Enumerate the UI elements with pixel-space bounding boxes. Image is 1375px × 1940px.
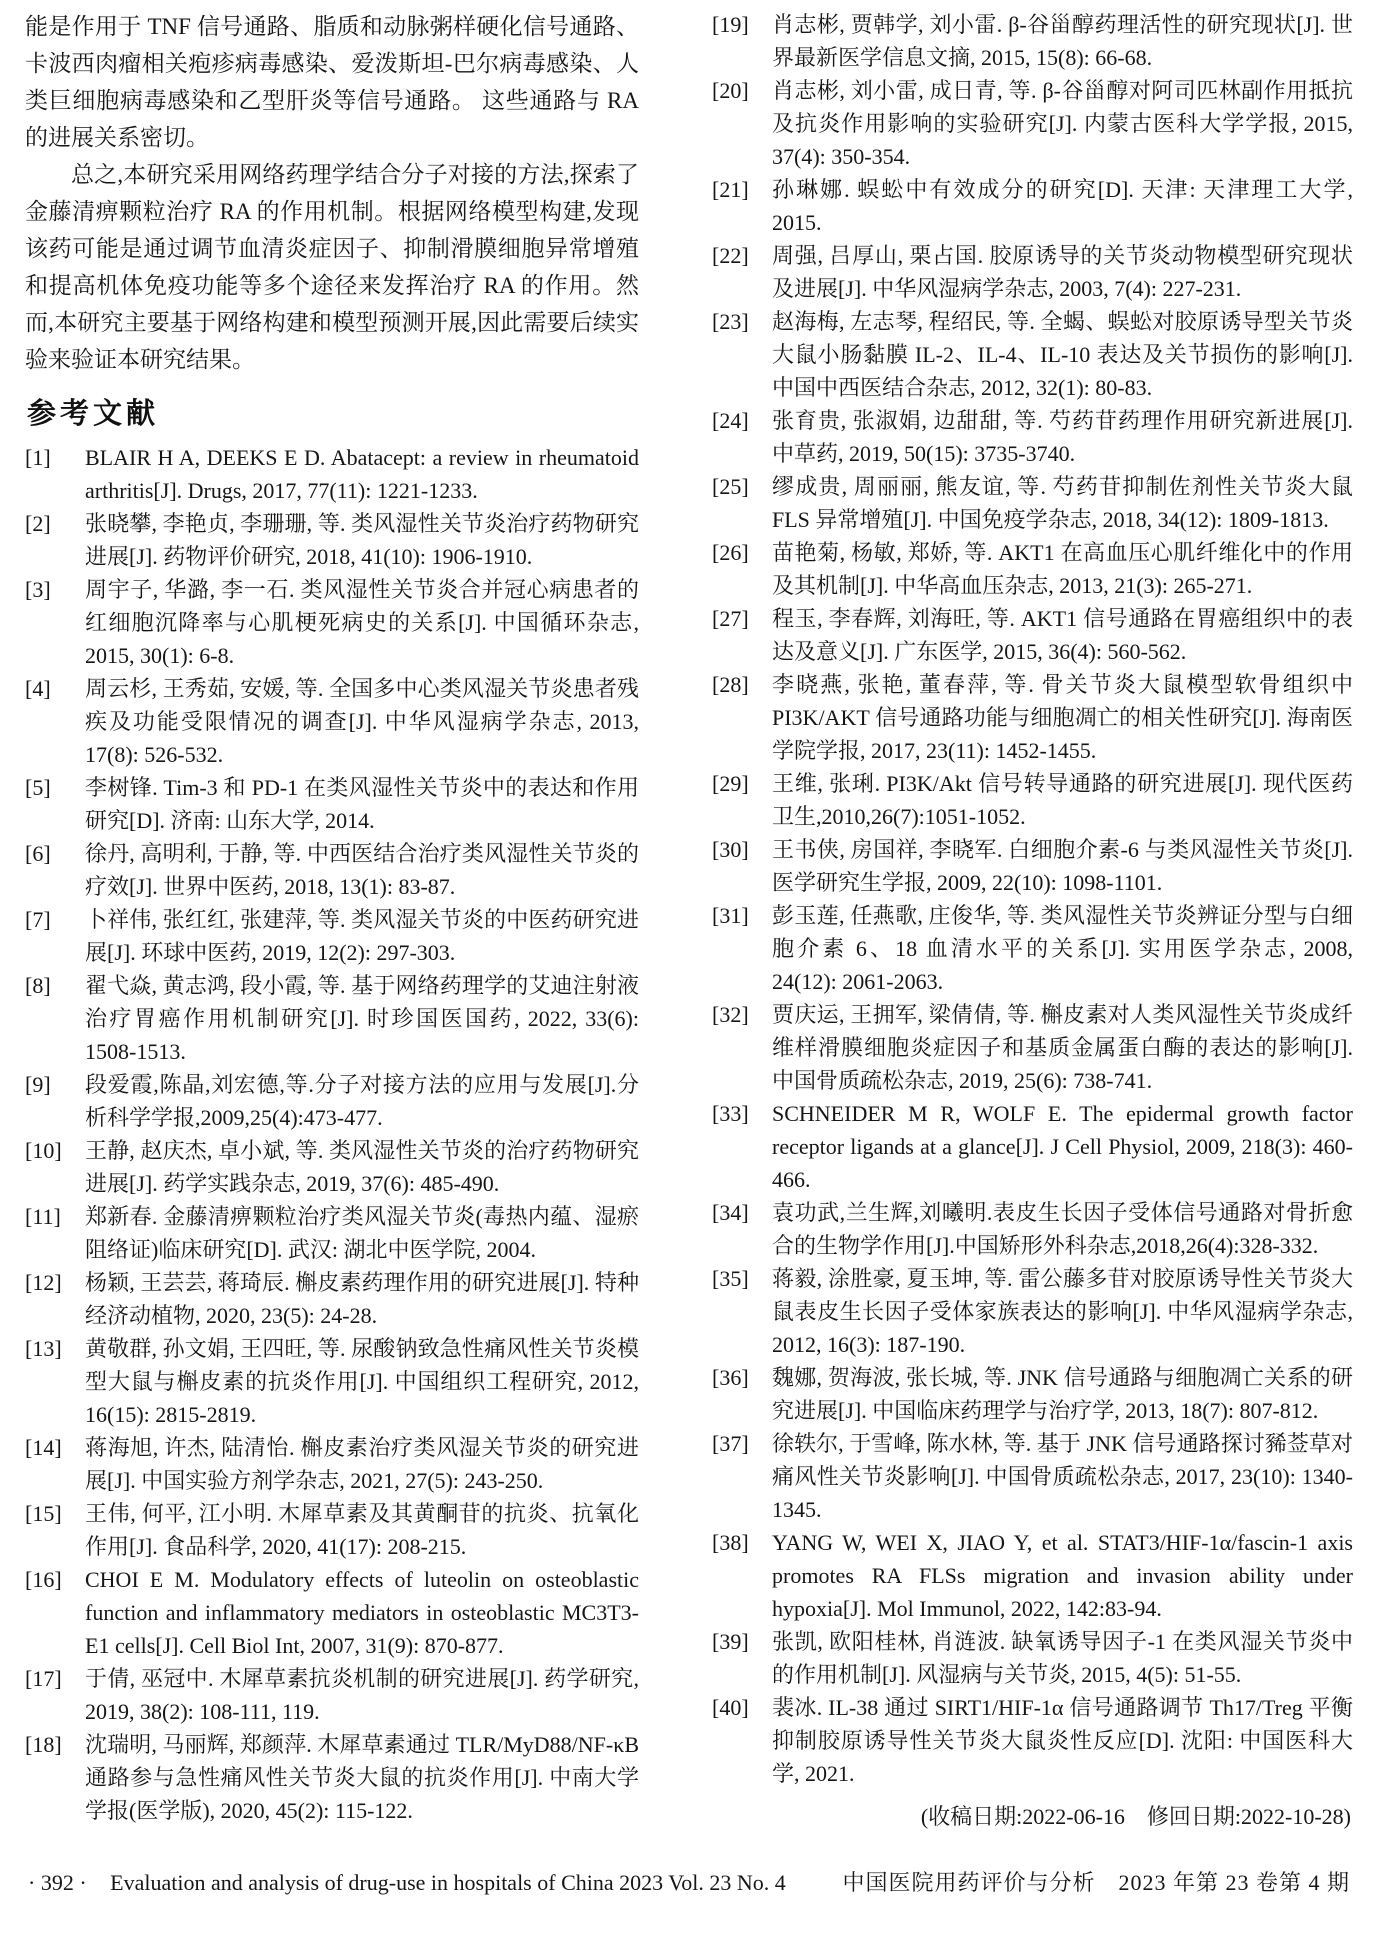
reference-text: 郑新春. 金藤清痹颗粒治疗类风湿关节炎(毒热内蕴、湿瘀阻络证)临床研究[D]. … (85, 1200, 639, 1266)
right-column: [19]肖志彬, 贾韩学, 刘小雷. β-谷甾醇药理活性的研究现状[J]. 世界… (712, 8, 1353, 1833)
reference-text: BLAIR H A, DEEKS E D. Abatacept: a revie… (85, 441, 639, 507)
reference-text: 沈瑞明, 马丽辉, 郑颜萍. 木犀草素通过 TLR/MyD88/NF-κB 通路… (85, 1728, 639, 1827)
reference-item: [37]徐轶尔, 于雪峰, 陈水林, 等. 基于 JNK 信号通路探讨豨莶草对痛… (712, 1427, 1353, 1526)
reference-number: [4] (25, 672, 85, 705)
reference-number: [33] (712, 1097, 772, 1130)
reference-number: [1] (25, 441, 85, 474)
reference-text: 卜祥伟, 张红红, 张建萍, 等. 类风湿关节炎的中医药研究进展[J]. 环球中… (85, 903, 639, 969)
reference-number: [40] (712, 1691, 772, 1724)
reference-number: [5] (25, 771, 85, 804)
reference-item: [36]魏娜, 贺海波, 张长城, 等. JNK 信号通路与细胞凋亡关系的研究进… (712, 1361, 1353, 1427)
reference-text: 张晓攀, 李艳贞, 李珊珊, 等. 类风湿性关节炎治疗药物研究进展[J]. 药物… (85, 507, 639, 573)
reference-number: [19] (712, 8, 772, 41)
reference-number: [26] (712, 536, 772, 569)
reference-item: [21]孙琳娜. 蜈蚣中有效成分的研究[D]. 天津: 天津理工大学, 2015… (712, 173, 1353, 239)
reference-item: [27]程玉, 李春辉, 刘海旺, 等. AKT1 信号通路在胃癌组织中的表达及… (712, 602, 1353, 668)
reference-number: [11] (25, 1200, 85, 1233)
page-number: · 392 · (28, 1870, 87, 1895)
reference-number: [29] (712, 767, 772, 800)
reference-number: [15] (25, 1497, 85, 1530)
reference-item: [9]段爱霞,陈晶,刘宏德,等.分子对接方法的应用与发展[J].分析科学学报,2… (25, 1068, 639, 1134)
reference-item: [6]徐丹, 高明利, 于静, 等. 中西医结合治疗类风湿性关节炎的疗效[J].… (25, 837, 639, 903)
reference-item: [28]李晓燕, 张艳, 董春萍, 等. 骨关节炎大鼠模型软骨组织中 PI3K/… (712, 668, 1353, 767)
reference-item: [10]王静, 赵庆杰, 卓小斌, 等. 类风湿性关节炎的治疗药物研究进展[J]… (25, 1134, 639, 1200)
reference-number: [2] (25, 507, 85, 540)
reference-number: [36] (712, 1361, 772, 1394)
reference-text: 赵海梅, 左志琴, 程绍民, 等. 全蝎、蜈蚣对胶原诱导型关节炎大鼠小肠黏膜 I… (772, 305, 1353, 404)
reference-number: [27] (712, 602, 772, 635)
reference-item: [19]肖志彬, 贾韩学, 刘小雷. β-谷甾醇药理活性的研究现状[J]. 世界… (712, 8, 1353, 74)
reference-text: 王书侠, 房国祥, 李晓军. 白细胞介素-6 与类风湿性关节炎[J]. 医学研究… (772, 833, 1353, 899)
intro-paragraph-1: 能是作用于 TNF 信号通路、脂质和动脉粥样硬化信号通路、卡波西肉瘤相关疱疹病毒… (25, 8, 639, 156)
reference-item: [8]翟弋焱, 黄志鸿, 段小霞, 等. 基于网络药理学的艾迪注射液治疗胃癌作用… (25, 969, 639, 1068)
reference-number: [24] (712, 404, 772, 437)
reference-item: [13]黄敬群, 孙文娟, 王四旺, 等. 尿酸钠致急性痛风性关节炎模型大鼠与槲… (25, 1332, 639, 1431)
reference-text: 段爱霞,陈晶,刘宏德,等.分子对接方法的应用与发展[J].分析科学学报,2009… (85, 1068, 639, 1134)
journal-page: 能是作用于 TNF 信号通路、脂质和动脉粥样硬化信号通路、卡波西肉瘤相关疱疹病毒… (0, 0, 1375, 1940)
reference-item: [38]YANG W, WEI X, JIAO Y, et al. STAT3/… (712, 1526, 1353, 1625)
reference-text: 缪成贵, 周丽丽, 熊友谊, 等. 芍药苷抑制佐剂性关节炎大鼠 FLS 异常增殖… (772, 470, 1353, 536)
reference-item: [39]张凯, 欧阳桂林, 肖涟波. 缺氧诱导因子-1 在类风湿关节炎中的作用机… (712, 1625, 1353, 1691)
reference-item: [40]裴冰. IL-38 通过 SIRT1/HIF-1α 信号通路调节 Th1… (712, 1691, 1353, 1790)
reference-item: [15]王伟, 何平, 江小明. 木犀草素及其黄酮苷的抗炎、抗氧化作用[J]. … (25, 1497, 639, 1563)
reference-text: 肖志彬, 刘小雷, 成日青, 等. β-谷甾醇对阿司匹林副作用抵抗及抗炎作用影响… (772, 74, 1353, 173)
reference-number: [13] (25, 1332, 85, 1365)
reference-text: 黄敬群, 孙文娟, 王四旺, 等. 尿酸钠致急性痛风性关节炎模型大鼠与槲皮素的抗… (85, 1332, 639, 1431)
reference-text: 程玉, 李春辉, 刘海旺, 等. AKT1 信号通路在胃癌组织中的表达及意义[J… (772, 602, 1353, 668)
reference-item: [2]张晓攀, 李艳贞, 李珊珊, 等. 类风湿性关节炎治疗药物研究进展[J].… (25, 507, 639, 573)
reference-number: [39] (712, 1625, 772, 1658)
reference-text: 王静, 赵庆杰, 卓小斌, 等. 类风湿性关节炎的治疗药物研究进展[J]. 药学… (85, 1134, 639, 1200)
reference-item: [25]缪成贵, 周丽丽, 熊友谊, 等. 芍药苷抑制佐剂性关节炎大鼠 FLS … (712, 470, 1353, 536)
reference-text: 杨颖, 王芸芸, 蒋琦辰. 槲皮素药理作用的研究进展[J]. 特种经济动植物, … (85, 1266, 639, 1332)
reference-item: [18]沈瑞明, 马丽辉, 郑颜萍. 木犀草素通过 TLR/MyD88/NF-κ… (25, 1728, 639, 1827)
reference-item: [26]苗艳菊, 杨敏, 郑娇, 等. AKT1 在高血压心肌纤维化中的作用及其… (712, 536, 1353, 602)
reference-number: [25] (712, 470, 772, 503)
reference-number: [28] (712, 668, 772, 701)
reference-text: 张凯, 欧阳桂林, 肖涟波. 缺氧诱导因子-1 在类风湿关节炎中的作用机制[J]… (772, 1625, 1353, 1691)
reference-text: 彭玉莲, 任燕歌, 庄俊华, 等. 类风湿性关节炎辨证分型与白细胞介素 6、18… (772, 899, 1353, 998)
left-column: 能是作用于 TNF 信号通路、脂质和动脉粥样硬化信号通路、卡波西肉瘤相关疱疹病毒… (25, 8, 639, 1827)
reference-item: [32]贾庆运, 王拥军, 梁倩倩, 等. 槲皮素对人类风湿性关节炎成纤维样滑膜… (712, 998, 1353, 1097)
reference-text: 王维, 张琍. PI3K/Akt 信号转导通路的研究进展[J]. 现代医药卫生,… (772, 767, 1353, 833)
received-revised-dates: (收稿日期:2022-06-16 修回日期:2022-10-28) (712, 1800, 1351, 1833)
reference-text: 周宇子, 华潞, 李一石. 类风湿性关节炎合并冠心病患者的红细胞沉降率与心肌梗死… (85, 573, 639, 672)
reference-text: 徐丹, 高明利, 于静, 等. 中西医结合治疗类风湿性关节炎的疗效[J]. 世界… (85, 837, 639, 903)
reference-item: [16]CHOI E M. Modulatory effects of lute… (25, 1563, 639, 1662)
reference-item: [31]彭玉莲, 任燕歌, 庄俊华, 等. 类风湿性关节炎辨证分型与白细胞介素 … (712, 899, 1353, 998)
reference-item: [3]周宇子, 华潞, 李一石. 类风湿性关节炎合并冠心病患者的红细胞沉降率与心… (25, 573, 639, 672)
reference-text: 翟弋焱, 黄志鸿, 段小霞, 等. 基于网络药理学的艾迪注射液治疗胃癌作用机制研… (85, 969, 639, 1068)
reference-item: [30]王书侠, 房国祥, 李晓军. 白细胞介素-6 与类风湿性关节炎[J]. … (712, 833, 1353, 899)
reference-text: 李晓燕, 张艳, 董春萍, 等. 骨关节炎大鼠模型软骨组织中 PI3K/AKT … (772, 668, 1353, 767)
reference-item: [33]SCHNEIDER M R, WOLF E. The epidermal… (712, 1097, 1353, 1196)
reference-number: [16] (25, 1563, 85, 1596)
reference-item: [17]于倩, 巫冠中. 木犀草素抗炎机制的研究进展[J]. 药学研究, 201… (25, 1662, 639, 1728)
footer-left: · 392 · Evaluation and analysis of drug-… (28, 1868, 786, 1898)
references-list-left: [1]BLAIR H A, DEEKS E D. Abatacept: a re… (25, 441, 639, 1827)
reference-item: [14]蒋海旭, 许杰, 陆清怡. 槲皮素治疗类风湿关节炎的研究进展[J]. 中… (25, 1431, 639, 1497)
reference-number: [9] (25, 1068, 85, 1101)
references-heading: 参考文献 (27, 391, 639, 432)
reference-number: [18] (25, 1728, 85, 1761)
reference-text: 李树锋. Tim-3 和 PD-1 在类风湿性关节炎中的表达和作用研究[D]. … (85, 771, 639, 837)
reference-text: 肖志彬, 贾韩学, 刘小雷. β-谷甾醇药理活性的研究现状[J]. 世界最新医学… (772, 8, 1353, 74)
reference-item: [23]赵海梅, 左志琴, 程绍民, 等. 全蝎、蜈蚣对胶原诱导型关节炎大鼠小肠… (712, 305, 1353, 404)
reference-number: [8] (25, 969, 85, 1002)
reference-text: 张育贵, 张淑娟, 边甜甜, 等. 芍药苷药理作用研究新进展[J]. 中草药, … (772, 404, 1353, 470)
reference-item: [5]李树锋. Tim-3 和 PD-1 在类风湿性关节炎中的表达和作用研究[D… (25, 771, 639, 837)
reference-item: [35]蒋毅, 涂胜豪, 夏玉坤, 等. 雷公藤多苷对胶原诱导性关节炎大鼠表皮生… (712, 1262, 1353, 1361)
reference-item: [4]周云杉, 王秀茹, 安媛, 等. 全国多中心类风湿关节炎患者残疾及功能受限… (25, 672, 639, 771)
reference-number: [10] (25, 1134, 85, 1167)
reference-text: CHOI E M. Modulatory effects of luteolin… (85, 1563, 639, 1662)
reference-text: 蒋海旭, 许杰, 陆清怡. 槲皮素治疗类风湿关节炎的研究进展[J]. 中国实验方… (85, 1431, 639, 1497)
reference-number: [6] (25, 837, 85, 870)
reference-number: [3] (25, 573, 85, 606)
reference-number: [12] (25, 1266, 85, 1299)
reference-text: 王伟, 何平, 江小明. 木犀草素及其黄酮苷的抗炎、抗氧化作用[J]. 食品科学… (85, 1497, 639, 1563)
reference-number: [7] (25, 903, 85, 936)
reference-number: [34] (712, 1196, 772, 1229)
reference-text: 蒋毅, 涂胜豪, 夏玉坤, 等. 雷公藤多苷对胶原诱导性关节炎大鼠表皮生长因子受… (772, 1262, 1353, 1361)
reference-number: [37] (712, 1427, 772, 1460)
reference-number: [21] (712, 173, 772, 206)
reference-text: 苗艳菊, 杨敏, 郑娇, 等. AKT1 在高血压心肌纤维化中的作用及其机制[J… (772, 536, 1353, 602)
reference-text: 孙琳娜. 蜈蚣中有效成分的研究[D]. 天津: 天津理工大学, 2015. (772, 173, 1353, 239)
reference-number: [23] (712, 305, 772, 338)
reference-number: [30] (712, 833, 772, 866)
reference-number: [32] (712, 998, 772, 1031)
intro-paragraph-2: 总之,本研究采用网络药理学结合分子对接的方法,探索了金藤清痹颗粒治疗 RA 的作… (25, 156, 639, 378)
reference-text: 魏娜, 贺海波, 张长城, 等. JNK 信号通路与细胞凋亡关系的研究进展[J]… (772, 1361, 1353, 1427)
reference-number: [22] (712, 239, 772, 272)
reference-item: [29]王维, 张琍. PI3K/Akt 信号转导通路的研究进展[J]. 现代医… (712, 767, 1353, 833)
reference-item: [34]袁功武,兰生辉,刘曦明.表皮生长因子受体信号通路对骨折愈合的生物学作用[… (712, 1196, 1353, 1262)
reference-item: [24]张育贵, 张淑娟, 边甜甜, 等. 芍药苷药理作用研究新进展[J]. 中… (712, 404, 1353, 470)
reference-text: 于倩, 巫冠中. 木犀草素抗炎机制的研究进展[J]. 药学研究, 2019, 3… (85, 1662, 639, 1728)
reference-text: 贾庆运, 王拥军, 梁倩倩, 等. 槲皮素对人类风湿性关节炎成纤维样滑膜细胞炎症… (772, 998, 1353, 1097)
reference-number: [35] (712, 1262, 772, 1295)
reference-text: SCHNEIDER M R, WOLF E. The epidermal gro… (772, 1097, 1353, 1196)
reference-item: [12]杨颖, 王芸芸, 蒋琦辰. 槲皮素药理作用的研究进展[J]. 特种经济动… (25, 1266, 639, 1332)
reference-number: [31] (712, 899, 772, 932)
page-footer: · 392 · Evaluation and analysis of drug-… (28, 1868, 1350, 1898)
reference-text: 裴冰. IL-38 通过 SIRT1/HIF-1α 信号通路调节 Th17/Tr… (772, 1691, 1353, 1790)
reference-text: 徐轶尔, 于雪峰, 陈水林, 等. 基于 JNK 信号通路探讨豨莶草对痛风性关节… (772, 1427, 1353, 1526)
reference-number: [14] (25, 1431, 85, 1464)
reference-number: [20] (712, 74, 772, 107)
footer-journal-cn: 中国医院用药评价与分析 2023 年第 23 卷第 4 期 (842, 1868, 1350, 1898)
reference-item: [20]肖志彬, 刘小雷, 成日青, 等. β-谷甾醇对阿司匹林副作用抵抗及抗炎… (712, 74, 1353, 173)
reference-text: YANG W, WEI X, JIAO Y, et al. STAT3/HIF-… (772, 1526, 1353, 1625)
reference-number: [17] (25, 1662, 85, 1695)
reference-number: [38] (712, 1526, 772, 1559)
reference-text: 袁功武,兰生辉,刘曦明.表皮生长因子受体信号通路对骨折愈合的生物学作用[J].中… (772, 1196, 1353, 1262)
reference-item: [22]周强, 吕厚山, 栗占国. 胶原诱导的关节炎动物模型研究现状及进展[J]… (712, 239, 1353, 305)
reference-text: 周强, 吕厚山, 栗占国. 胶原诱导的关节炎动物模型研究现状及进展[J]. 中华… (772, 239, 1353, 305)
footer-journal-en: Evaluation and analysis of drug-use in h… (110, 1870, 786, 1895)
reference-item: [1]BLAIR H A, DEEKS E D. Abatacept: a re… (25, 441, 639, 507)
reference-text: 周云杉, 王秀茹, 安媛, 等. 全国多中心类风湿关节炎患者残疾及功能受限情况的… (85, 672, 639, 771)
references-list-right: [19]肖志彬, 贾韩学, 刘小雷. β-谷甾醇药理活性的研究现状[J]. 世界… (712, 8, 1353, 1790)
reference-item: [7]卜祥伟, 张红红, 张建萍, 等. 类风湿关节炎的中医药研究进展[J]. … (25, 903, 639, 969)
reference-item: [11]郑新春. 金藤清痹颗粒治疗类风湿关节炎(毒热内蕴、湿瘀阻络证)临床研究[… (25, 1200, 639, 1266)
